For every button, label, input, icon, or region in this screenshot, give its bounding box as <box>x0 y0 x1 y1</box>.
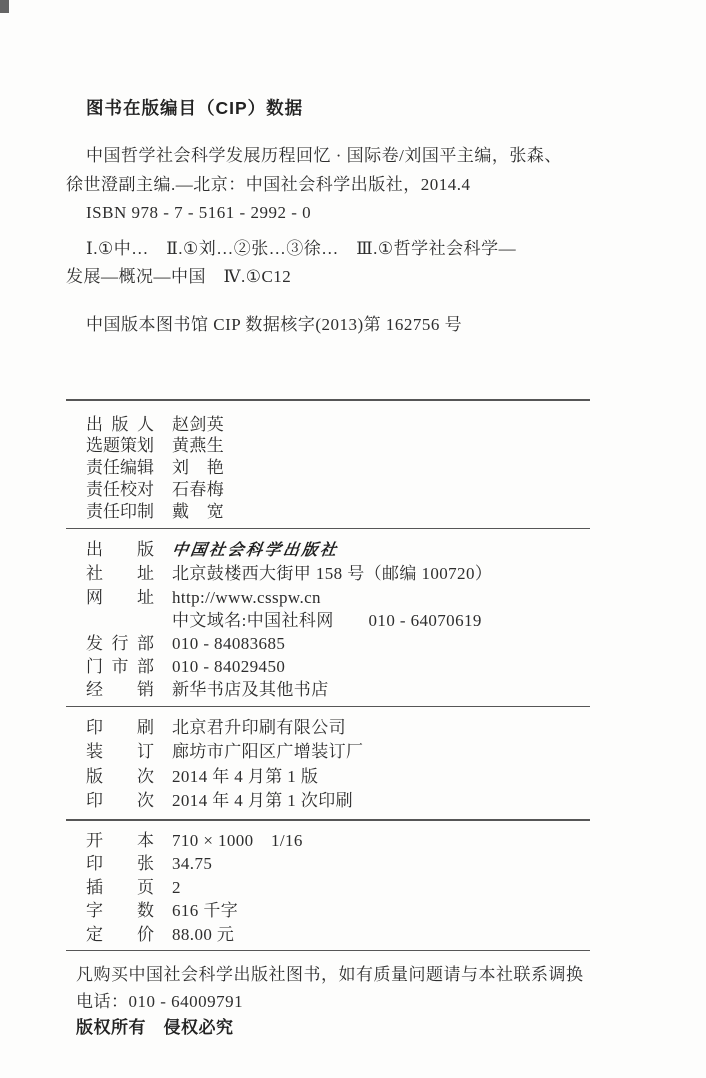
publish-row-label: 门市部 <box>86 655 154 678</box>
publish-row: 中文域名:中国社科网 010 - 64070619 <box>86 609 590 632</box>
publish-row-label: 经销 <box>86 678 154 701</box>
publish-row-label: 出版 <box>86 538 154 561</box>
print-row-value: 2014 年 4 月第 1 次印刷 <box>172 789 353 813</box>
staff-credits-section: 出版人赵剑英 选题策划黄燕生 责任编辑刘 艳 责任校对石春梅 责任印制戴 宽 <box>66 401 590 528</box>
cip-classification-line-2: 发展—概况—中国 Ⅳ.①C12 <box>66 263 590 292</box>
format-row-value: 710 × 1000 1/16 <box>172 829 303 853</box>
format-row: 开本710 × 1000 1/16 <box>86 829 590 853</box>
publish-row-label: 网址 <box>86 586 154 609</box>
copyright-statement: 版权所有 侵权必究 <box>76 1015 590 1042</box>
format-row-value: 88.00 元 <box>172 923 234 947</box>
scan-artifact-mark <box>0 0 9 13</box>
staff-row-value: 刘 艳 <box>172 457 224 479</box>
cip-section-title: 图书在版编目（CIP）数据 <box>66 96 590 120</box>
format-row-label: 字数 <box>86 899 154 923</box>
cip-description: 中国哲学社会科学发展历程回忆 · 国际卷/刘国平主编，张森、 徐世澄副主编.—北… <box>66 142 590 228</box>
publish-row-value: 北京鼓楼西大街甲 158 号（邮编 100720） <box>172 562 492 585</box>
print-row-value: 廊坊市广阳区广增装订厂 <box>172 740 363 764</box>
publish-row: 发行部010 - 84083685 <box>86 632 590 655</box>
staff-row: 责任印制戴 宽 <box>86 501 590 523</box>
footer-notice-section: 凡购买中国社会科学出版社图书，如有质量问题请与本社联系调换 电话：010 - 6… <box>66 951 590 1042</box>
isbn-line: ISBN 978 - 7 - 5161 - 2992 - 0 <box>66 199 590 228</box>
publisher-logo-script: 中国社会科学出版社 <box>170 539 340 562</box>
print-row-label: 装订 <box>86 740 154 764</box>
staff-row-label: 责任编辑 <box>86 457 154 479</box>
publish-row: 网址http://www.csspw.cn <box>86 586 590 609</box>
format-row-label: 印张 <box>86 852 154 876</box>
print-row-label: 印刷 <box>86 716 154 740</box>
staff-row: 选题策划黄燕生 <box>86 435 590 457</box>
cip-description-line-1: 中国哲学社会科学发展历程回忆 · 国际卷/刘国平主编，张森、 <box>66 142 590 171</box>
format-row: 印张34.75 <box>86 852 590 876</box>
staff-row-label: 责任校对 <box>86 479 154 501</box>
staff-row: 责任编辑刘 艳 <box>86 457 590 479</box>
publish-row-label: 社址 <box>86 562 154 585</box>
cip-description-line-2: 徐世澄副主编.—北京：中国社会科学出版社，2014.4 <box>66 171 590 200</box>
format-row-value: 616 千字 <box>172 899 238 923</box>
print-row-label: 版次 <box>86 765 154 789</box>
print-row: 印次2014 年 4 月第 1 次印刷 <box>86 789 590 813</box>
cip-classification-line-1: Ⅰ.①中… Ⅱ.①刘…②张…③徐… Ⅲ.①哲学社会科学— <box>66 235 590 264</box>
staff-row-label: 出版人 <box>86 414 154 436</box>
publish-row: 社址北京鼓楼西大街甲 158 号（邮编 100720） <box>86 562 590 585</box>
page-content: 图书在版编目（CIP）数据 中国哲学社会科学发展历程回忆 · 国际卷/刘国平主编… <box>66 0 590 1042</box>
format-row-label: 定价 <box>86 923 154 947</box>
format-info-section: 开本710 × 1000 1/16 印张34.75 插页2 字数616 千字 定… <box>66 821 590 950</box>
staff-row-value: 赵剑英 <box>172 414 224 436</box>
publish-row: 门市部010 - 84029450 <box>86 655 590 678</box>
print-row-value: 北京君升印刷有限公司 <box>172 716 346 740</box>
staff-row-value: 黄燕生 <box>172 435 224 457</box>
staff-row: 责任校对石春梅 <box>86 479 590 501</box>
quality-notice-text: 凡购买中国社会科学出版社图书，如有质量问题请与本社联系调换 <box>76 962 590 989</box>
publish-row-value: 010 - 84083685 <box>172 632 285 655</box>
print-row: 印刷北京君升印刷有限公司 <box>86 716 590 740</box>
format-row: 字数616 千字 <box>86 899 590 923</box>
print-row: 版次2014 年 4 月第 1 版 <box>86 765 590 789</box>
publish-row-value: 新华书店及其他书店 <box>172 678 329 701</box>
format-row-value: 2 <box>172 876 181 900</box>
publish-row-label: 发行部 <box>86 632 154 655</box>
staff-row: 出版人赵剑英 <box>86 414 590 436</box>
format-row: 定价88.00 元 <box>86 923 590 947</box>
staff-row-label: 责任印制 <box>86 501 154 523</box>
print-row: 装订廊坊市广阳区广增装订厂 <box>86 740 590 764</box>
publish-row-value: 中文域名:中国社科网 010 - 64070619 <box>172 609 482 632</box>
printing-info-section: 印刷北京君升印刷有限公司 装订廊坊市广阳区广增装订厂 版次2014 年 4 月第… <box>66 707 590 819</box>
book-copyright-page: 图书在版编目（CIP）数据 中国哲学社会科学发展历程回忆 · 国际卷/刘国平主编… <box>0 0 706 1078</box>
service-phone: 电话：010 - 64009791 <box>76 989 590 1016</box>
website-url: http://www.csspw.cn <box>172 586 321 609</box>
print-row-label: 印次 <box>86 789 154 813</box>
format-row: 插页2 <box>86 876 590 900</box>
publishing-info-section: 出版中国社会科学出版社 社址北京鼓楼西大街甲 158 号（邮编 100720） … <box>66 529 590 705</box>
staff-row-value: 石春梅 <box>172 479 224 501</box>
publish-row-value: 010 - 84029450 <box>172 655 285 678</box>
print-row-value: 2014 年 4 月第 1 版 <box>172 765 318 789</box>
format-row-value: 34.75 <box>172 852 212 876</box>
publish-row: 经销新华书店及其他书店 <box>86 678 590 701</box>
staff-row-label: 选题策划 <box>86 435 154 457</box>
publish-row: 出版中国社会科学出版社 <box>86 538 590 562</box>
staff-row-value: 戴 宽 <box>172 501 224 523</box>
cip-classification: Ⅰ.①中… Ⅱ.①刘…②张…③徐… Ⅲ.①哲学社会科学— 发展—概况—中国 Ⅳ.… <box>66 235 590 292</box>
format-row-label: 插页 <box>86 876 154 900</box>
cip-record-number: 中国版本图书馆 CIP 数据核字(2013)第 162756 号 <box>66 311 590 340</box>
format-row-label: 开本 <box>86 829 154 853</box>
